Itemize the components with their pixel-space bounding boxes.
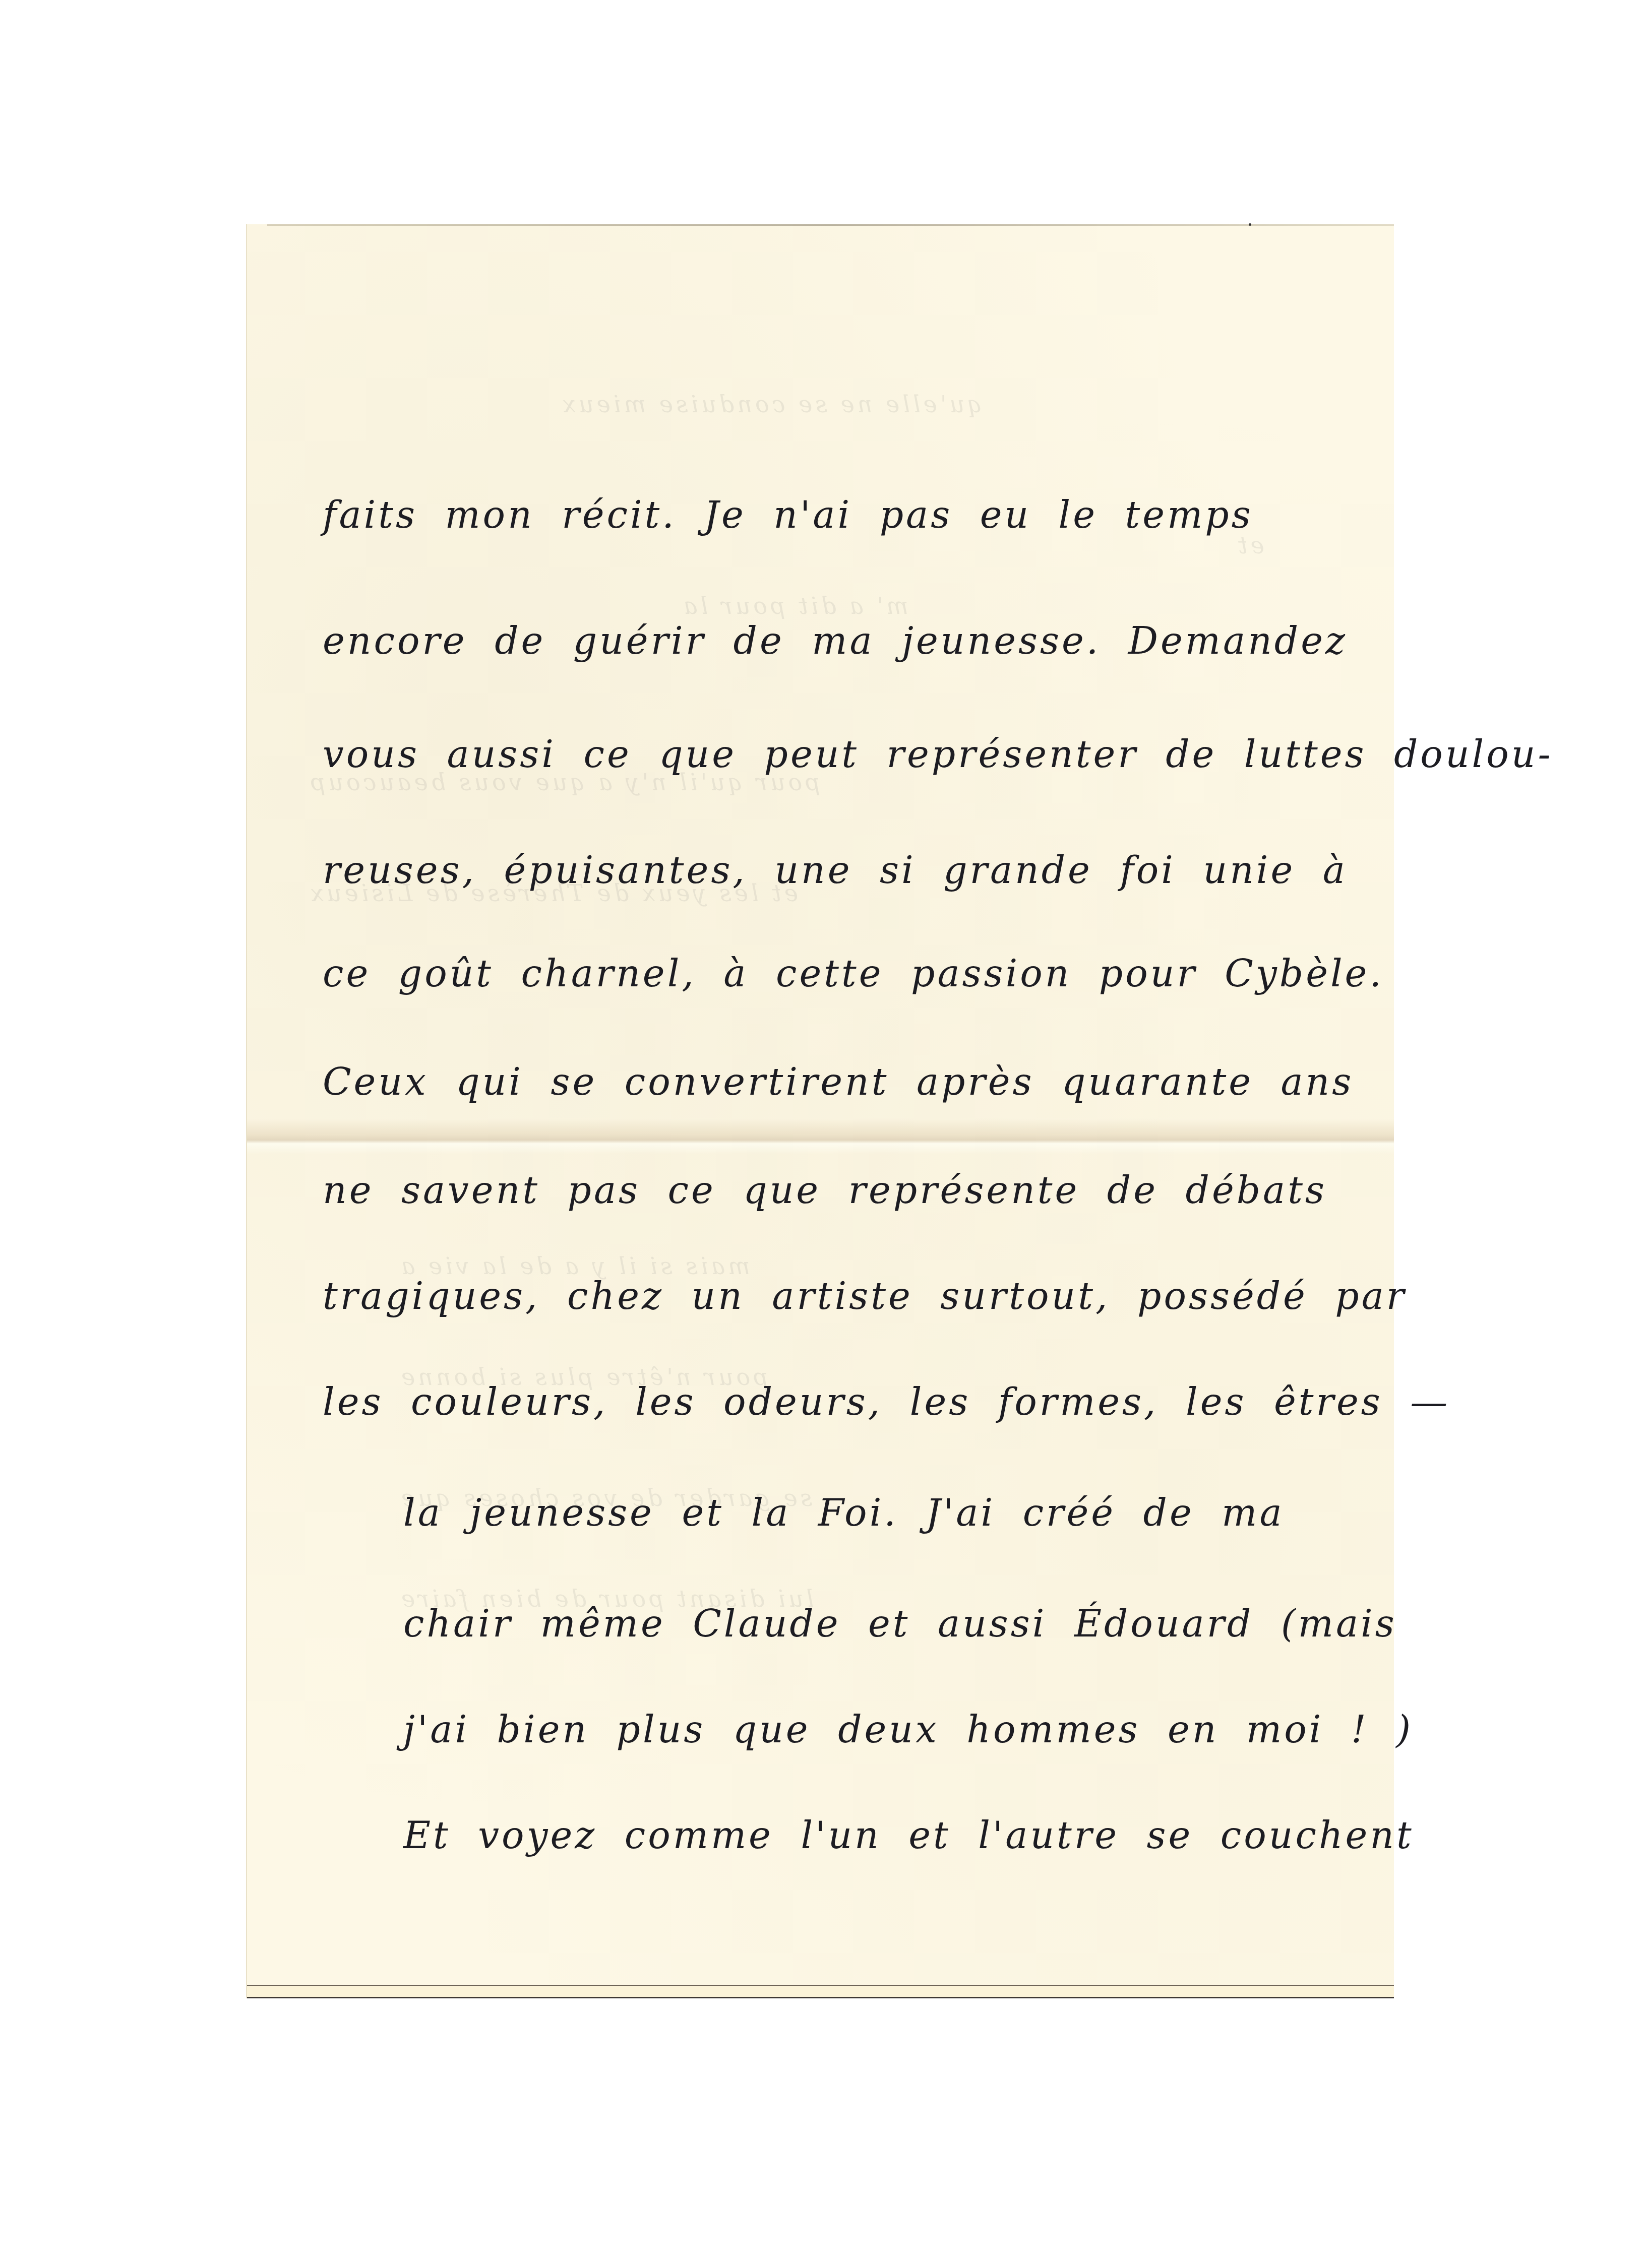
letter-line-6: Ceux qui se convertirent après quarante … (323, 1063, 1354, 1101)
letter-line-4: reuses, épuisantes, une si grande foi un… (323, 852, 1348, 889)
letter-line-9: les couleurs, les odeurs, les formes, le… (323, 1383, 1450, 1421)
letter-line-8: tragiques, chez un artiste surtout, poss… (323, 1278, 1407, 1315)
letter-line-12: j'ai bien plus que deux hommes en moi ! … (403, 1711, 1413, 1748)
handwritten-text: faits mon récit. Je n'ai pas eu le temps… (247, 224, 1394, 1998)
letter-line-10: la jeunesse et la Foi. J'ai créé de ma (403, 1494, 1285, 1532)
letter-sheet: qu'elle ne se conduise mieux m' a dit po… (247, 224, 1394, 1998)
letter-line-3: vous aussi ce que peut représenter de lu… (323, 736, 1553, 773)
letter-line-5: ce goût charnel, à cette passion pour Cy… (323, 955, 1384, 992)
letter-line-13: Et voyez comme l'un et l'autre se couche… (403, 1817, 1414, 1854)
letter-line-7: ne savent pas ce que représente de débat… (323, 1172, 1327, 1209)
sheet-bottom-edge (247, 1985, 1394, 1998)
letter-line-1: faits mon récit. Je n'ai pas eu le temps (323, 496, 1253, 534)
scan-speck (1249, 223, 1251, 226)
letter-line-11: chair même Claude et aussi Édouard (mais (403, 1605, 1397, 1643)
letter-line-2: encore de guérir de ma jeunesse. Demande… (323, 622, 1348, 660)
